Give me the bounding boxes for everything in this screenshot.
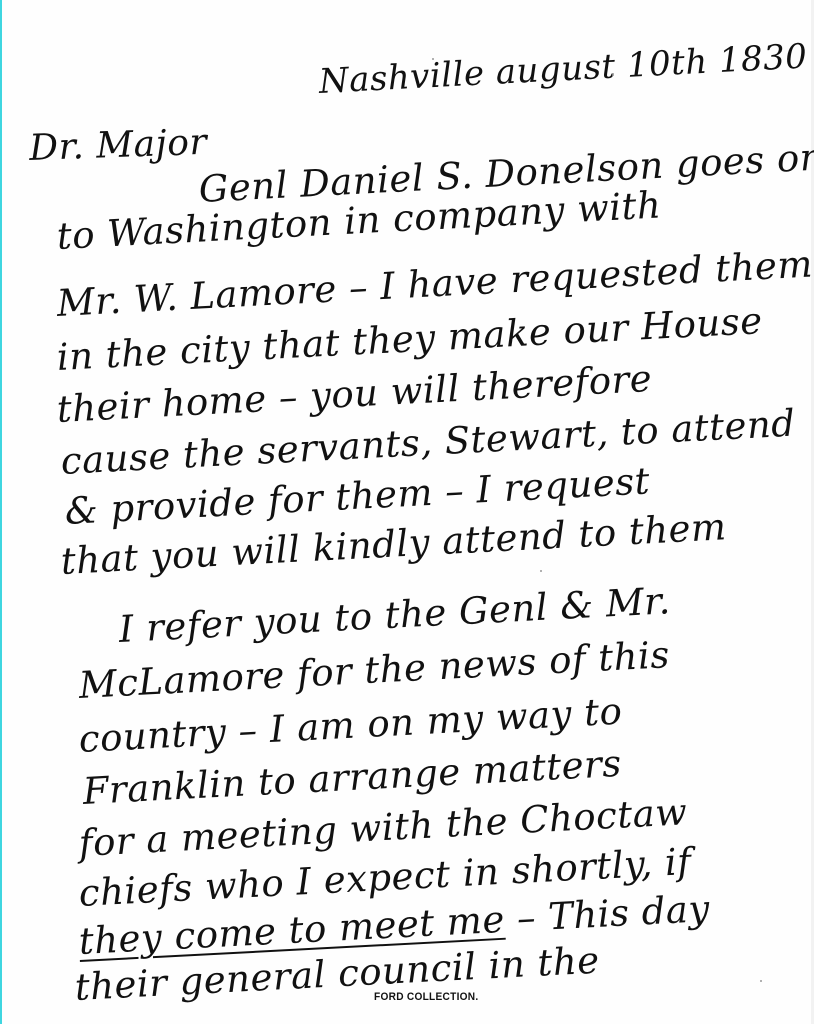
- scan-edge-line: [0, 0, 2, 1024]
- scan-speck: [540, 570, 542, 572]
- scan-speck: [432, 58, 434, 60]
- scan-speck: [612, 74, 614, 76]
- scan-speck: [760, 980, 762, 982]
- dateline: Nashville august 10th 1830 –: [318, 35, 814, 102]
- letter-page: Nashville august 10th 1830 – Dr. Major G…: [0, 0, 814, 1024]
- collection-stamp: FORD COLLECTION.: [374, 991, 478, 1003]
- salutation: Dr. Major: [29, 122, 208, 169]
- line-15-rest: – This day: [504, 887, 711, 941]
